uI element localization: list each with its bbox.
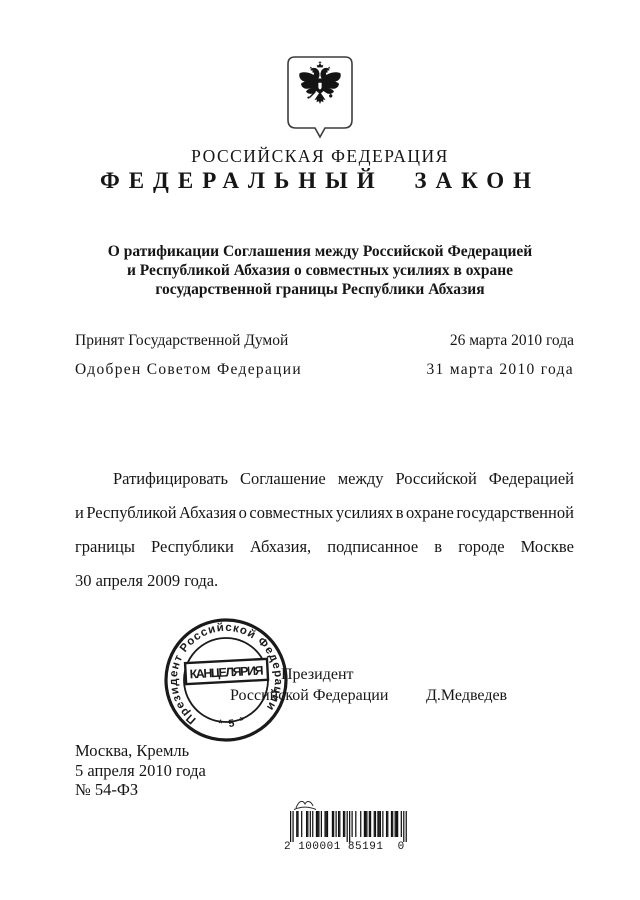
law-title: О ратификации Соглашения между Российско… xyxy=(50,242,590,299)
signature-title-line2: Российской Федерации xyxy=(230,687,388,705)
adoption-block: Принят Государственной Думой 26 марта 20… xyxy=(75,332,574,390)
signature-title-line1: Президент xyxy=(281,666,354,684)
svg-text:* 5 *: * 5 * xyxy=(216,713,249,731)
footer-place: Москва, Кремль xyxy=(75,741,206,761)
approved-by-council-row: Одобрен Советом Федерации 31 марта 2010 … xyxy=(75,361,574,379)
approved-by-council-label: Одобрен Советом Федерации xyxy=(75,361,302,379)
adopted-by-duma-row: Принят Государственной Думой 26 марта 20… xyxy=(75,332,574,350)
law-document-page: РОССИЙСКАЯ ФЕДЕРАЦИЯ ФЕДЕРАЛЬНЫЙ ЗАКОН О… xyxy=(0,0,640,900)
stamp-bottom-text: * 5 * xyxy=(216,713,249,731)
footer-block: Москва, Кремль 5 апреля 2010 года № 54-Ф… xyxy=(75,741,206,800)
law-title-line: и Республикой Абхазия о совместных усили… xyxy=(50,261,590,280)
print-mark-icon xyxy=(293,798,317,812)
adopted-by-duma-date: 26 марта 2010 года xyxy=(450,332,574,350)
barcode xyxy=(290,811,410,844)
body-line: РатифицироватьСоглашениемеждуРоссийскойФ… xyxy=(75,462,574,496)
adopted-by-duma-label: Принят Государственной Думой xyxy=(75,332,288,350)
body-line: границыРеспубликиАбхазия,подписанноевгор… xyxy=(75,530,574,564)
footer-number: № 54-ФЗ xyxy=(75,780,206,800)
law-title-line: О ратификации Соглашения между Российско… xyxy=(50,242,590,261)
country-title: РОССИЙСКАЯ ФЕДЕРАЦИЯ xyxy=(0,146,640,167)
law-title-line: государственной границы Республики Абхаз… xyxy=(50,280,590,299)
body-line: 30 апреля 2009 года. xyxy=(75,564,574,598)
law-type-title: ФЕДЕРАЛЬНЫЙ ЗАКОН xyxy=(0,168,640,194)
chancellery-stamp: Президент Российской Федерации * 5 * КАН… xyxy=(156,610,296,750)
approved-by-council-date: 31 марта 2010 года xyxy=(426,361,574,379)
signature-name: Д.Медведев xyxy=(426,687,507,705)
barcode-digits: 2 100001 85191 0 xyxy=(284,841,424,853)
body-line: иРеспубликойАбхазияосовместныхусилияхвох… xyxy=(75,496,574,530)
russian-coat-of-arms-icon xyxy=(283,52,357,144)
law-body-paragraph: РатифицироватьСоглашениемеждуРоссийскойФ… xyxy=(75,462,574,598)
footer-date: 5 апреля 2010 года xyxy=(75,761,206,781)
